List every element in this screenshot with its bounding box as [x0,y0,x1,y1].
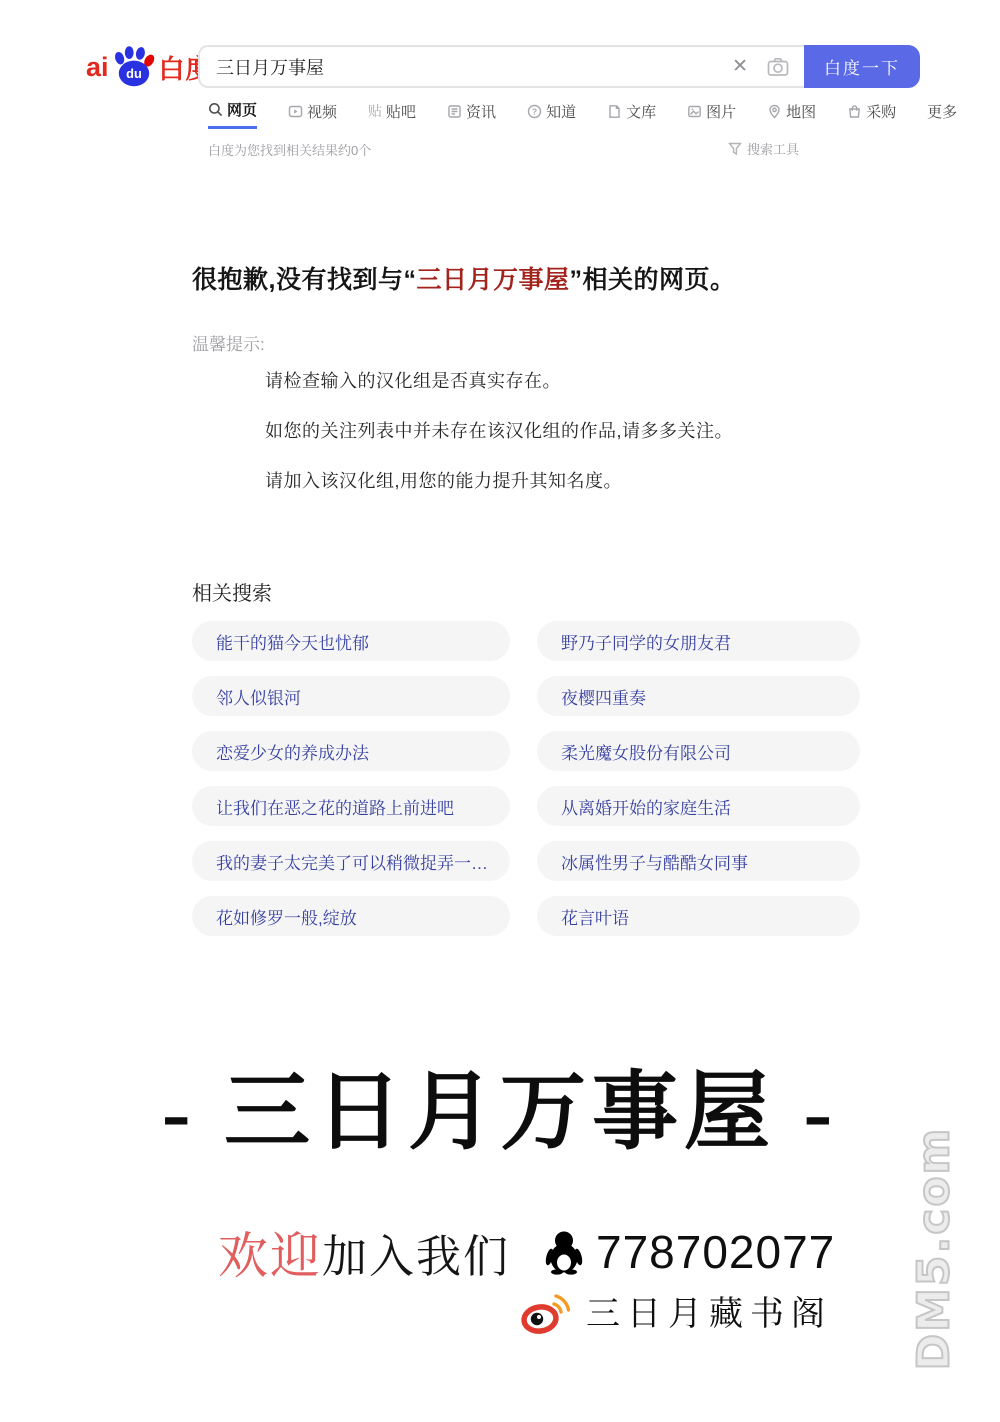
tab-zhidao[interactable]: ? 知道 [527,101,576,128]
related-search-item[interactable]: 恋爱少女的养成办法 [192,731,510,771]
search-tools-button[interactable]: 搜索工具 [728,139,799,158]
qq-number: 778702077 [596,1225,835,1279]
dm5-watermark: DM5.com [909,1127,960,1371]
funnel-icon [728,142,742,156]
related-search-item[interactable]: 花言叶语 [537,896,860,936]
related-search-item[interactable]: 野乃子同学的女朋友君 [537,621,860,661]
search-input[interactable] [200,56,720,77]
search-box[interactable]: ✕ [198,45,804,88]
tip-line: 请检查输入的汉化组是否真实存在。 [265,367,733,393]
qq-contact: 778702077 [544,1225,835,1279]
related-search-item[interactable]: 让我们在恶之花的道路上前进吧 [192,786,510,826]
svg-text:?: ? [532,106,537,116]
no-results-message: 很抱歉,没有找到与“三日月万事屋”相关的网页。 [192,260,735,296]
weibo-name: 三日月藏书阁 [586,1286,832,1335]
tieba-icon: 贴 [368,104,382,118]
tab-label: 网页 [227,99,257,120]
news-icon [447,104,462,119]
related-search-item[interactable]: 花如修罗一般,绽放 [192,896,510,936]
recruit-row: 欢迎 加入我们 778702077 [218,1216,835,1288]
tab-purchase[interactable]: 采购 [847,101,896,128]
search-results-page: ai du 白度 ✕ 白度一下 [0,0,1000,1422]
related-search-item[interactable]: 能干的猫今天也忧郁 [192,621,510,661]
tab-label: 采购 [866,101,896,122]
tab-webpage[interactable]: 网页 [208,99,257,129]
tab-wenku[interactable]: 文库 [607,101,656,128]
no-results-suffix: ”相关的网页。 [569,266,735,294]
related-search-item[interactable]: 冰属性男子与酷酷女同事 [537,841,860,881]
group-banner-title: - 三日月万事屋 - [0,1042,1000,1166]
tab-images[interactable]: 图片 [687,101,736,128]
clear-icon[interactable]: ✕ [720,55,760,78]
no-results-prefix: 很抱歉,没有找到与“ [192,266,416,294]
tips-list: 请检查输入的汉化组是否真实存在。 如您的关注列表中并未存在该汉化组的作品,请多多… [265,367,733,517]
related-search-item[interactable]: 邻人似银河 [192,676,510,716]
camera-icon[interactable] [760,55,804,79]
tips-title: 温馨提示: [192,330,265,355]
related-search-item[interactable]: 夜樱四重奏 [537,676,860,716]
search-button[interactable]: 白度一下 [804,45,920,88]
tab-more[interactable]: 更多 [927,101,957,128]
tab-label: 贴吧 [386,101,416,122]
search-icon [208,102,223,117]
tab-maps[interactable]: 地图 [767,101,816,128]
purchase-icon [847,104,862,119]
search-tools-label: 搜索工具 [747,139,799,158]
related-search-item[interactable]: 柔光魔女股份有限公司 [537,731,860,771]
tip-line: 请加入该汉化组,用您的能力提升其知名度。 [265,467,733,493]
tab-label: 更多 [927,101,957,122]
tab-label: 图片 [706,101,736,122]
related-searches-grid: 能干的猫今天也忧郁 野乃子同学的女朋友君 邻人似银河 夜樱四重奏 恋爱少女的养成… [192,621,860,936]
tab-tieba[interactable]: 贴 贴吧 [368,101,416,128]
related-search-item[interactable]: 我的妻子太完美了可以稍微捉弄一… [192,841,510,881]
related-search-item[interactable]: 从离婚开始的家庭生活 [537,786,860,826]
logo-ai-text: ai [86,52,109,83]
qq-icon [544,1229,584,1275]
svg-text:du: du [126,66,142,81]
paw-icon: du [110,46,158,88]
results-count: 白度为您找到相关结果约0个 [208,140,371,159]
tab-label: 文库 [626,101,656,122]
weibo-contact: 三日月藏书阁 [520,1286,832,1335]
tab-label: 视频 [307,101,337,122]
weibo-icon [520,1287,570,1335]
tab-label: 资讯 [466,101,496,122]
tab-news[interactable]: 资讯 [447,101,496,128]
related-searches-title: 相关搜索 [192,577,272,606]
question-icon: ? [527,104,542,119]
doc-icon [607,104,622,119]
tip-line: 如您的关注列表中并未存在该汉化组的作品,请多多关注。 [265,417,733,443]
no-results-term: 三日月万事屋 [416,266,569,294]
map-icon [767,104,782,119]
image-icon [687,104,702,119]
welcome-text: 加入我们 [322,1220,510,1285]
tab-label: 地图 [786,101,816,122]
video-icon [288,104,303,119]
vertical-tabs-bar: 网页 视频 贴 贴吧 资讯 ? [208,99,957,129]
tab-video[interactable]: 视频 [288,101,337,128]
welcome-highlight: 欢迎 [218,1216,322,1288]
tab-label: 知道 [546,101,576,122]
baidu-logo[interactable]: ai du 白度 [86,46,213,88]
